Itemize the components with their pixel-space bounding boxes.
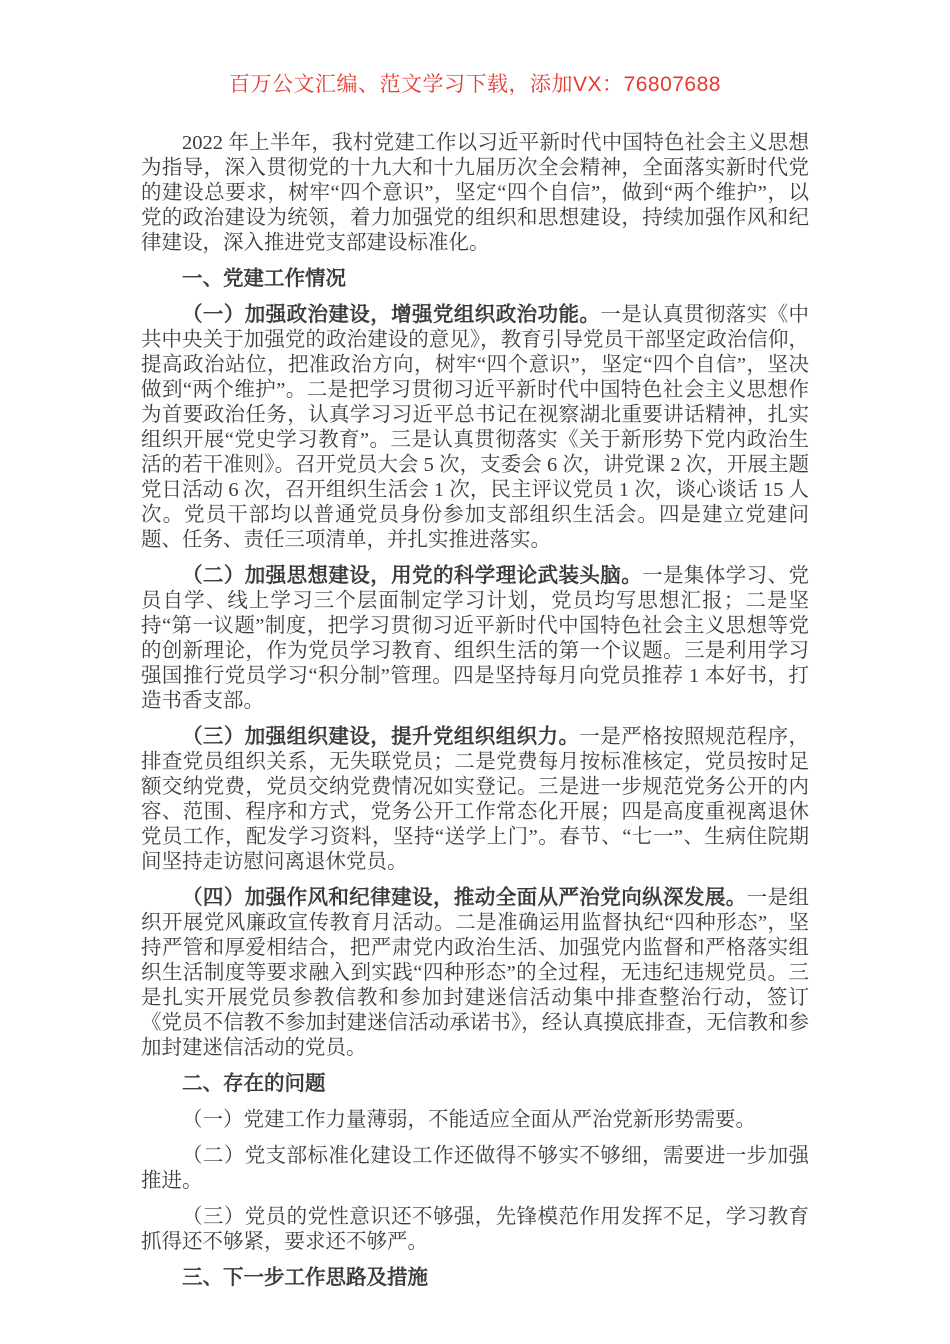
document-page: 百万公文汇编、范文学习下载，添加VX：76807688 2022 年上半年，我村…: [0, 0, 950, 1344]
paragraph: （二）党支部标准化建设工作还做得不够实不够细，需要进一步加强推进。: [141, 1144, 809, 1194]
paragraph: （一）加强政治建设，增强党组织政治功能。一是认真贯彻落实《中共中央关于加强党的政…: [141, 303, 809, 553]
paragraph-lead: （四）加强作风和纪律建设，推动全面从严治党向纵深发展。: [182, 887, 747, 909]
section-heading: 一、党建工作情况: [141, 267, 809, 292]
paragraph: （三）加强组织建设，提升党组织组织力。一是严格按照规范程序，排查党员组织关系，无…: [141, 725, 809, 875]
paragraph: 2022 年上半年，我村党建工作以习近平新时代中国特色社会主义思想为指导，深入贯…: [141, 131, 809, 256]
paragraph: （三）党员的党性意识还不够强，先锋模范作用发挥不足，学习教育抓得还不够紧，要求还…: [141, 1205, 809, 1255]
paragraph-lead: （三）加强组织建设，提升党组织组织力。: [182, 726, 579, 748]
paragraph-lead: （二）加强思想建设，用党的科学理论武装头脑。: [182, 565, 642, 587]
paragraph: （四）加强作风和纪律建设，推动全面从严治党向纵深发展。一是组织开展党风廉政宣传教…: [141, 886, 809, 1061]
promo-banner: 百万公文汇编、范文学习下载，添加VX：76807688: [0, 0, 950, 98]
paragraph: （二）加强思想建设，用党的科学理论武装头脑。一是集体学习、党员自学、线上学习三个…: [141, 564, 809, 714]
document-body: 2022 年上半年，我村党建工作以习近平新时代中国特色社会主义思想为指导，深入贯…: [141, 131, 809, 1291]
section-heading: 三、下一步工作思路及措施: [141, 1266, 809, 1291]
paragraph-lead: （一）加强政治建设，增强党组织政治功能。: [182, 304, 600, 326]
section-heading: 二、存在的问题: [141, 1072, 809, 1097]
paragraph: （一）党建工作力量薄弱，不能适应全面从严治党新形势需要。: [141, 1108, 809, 1133]
